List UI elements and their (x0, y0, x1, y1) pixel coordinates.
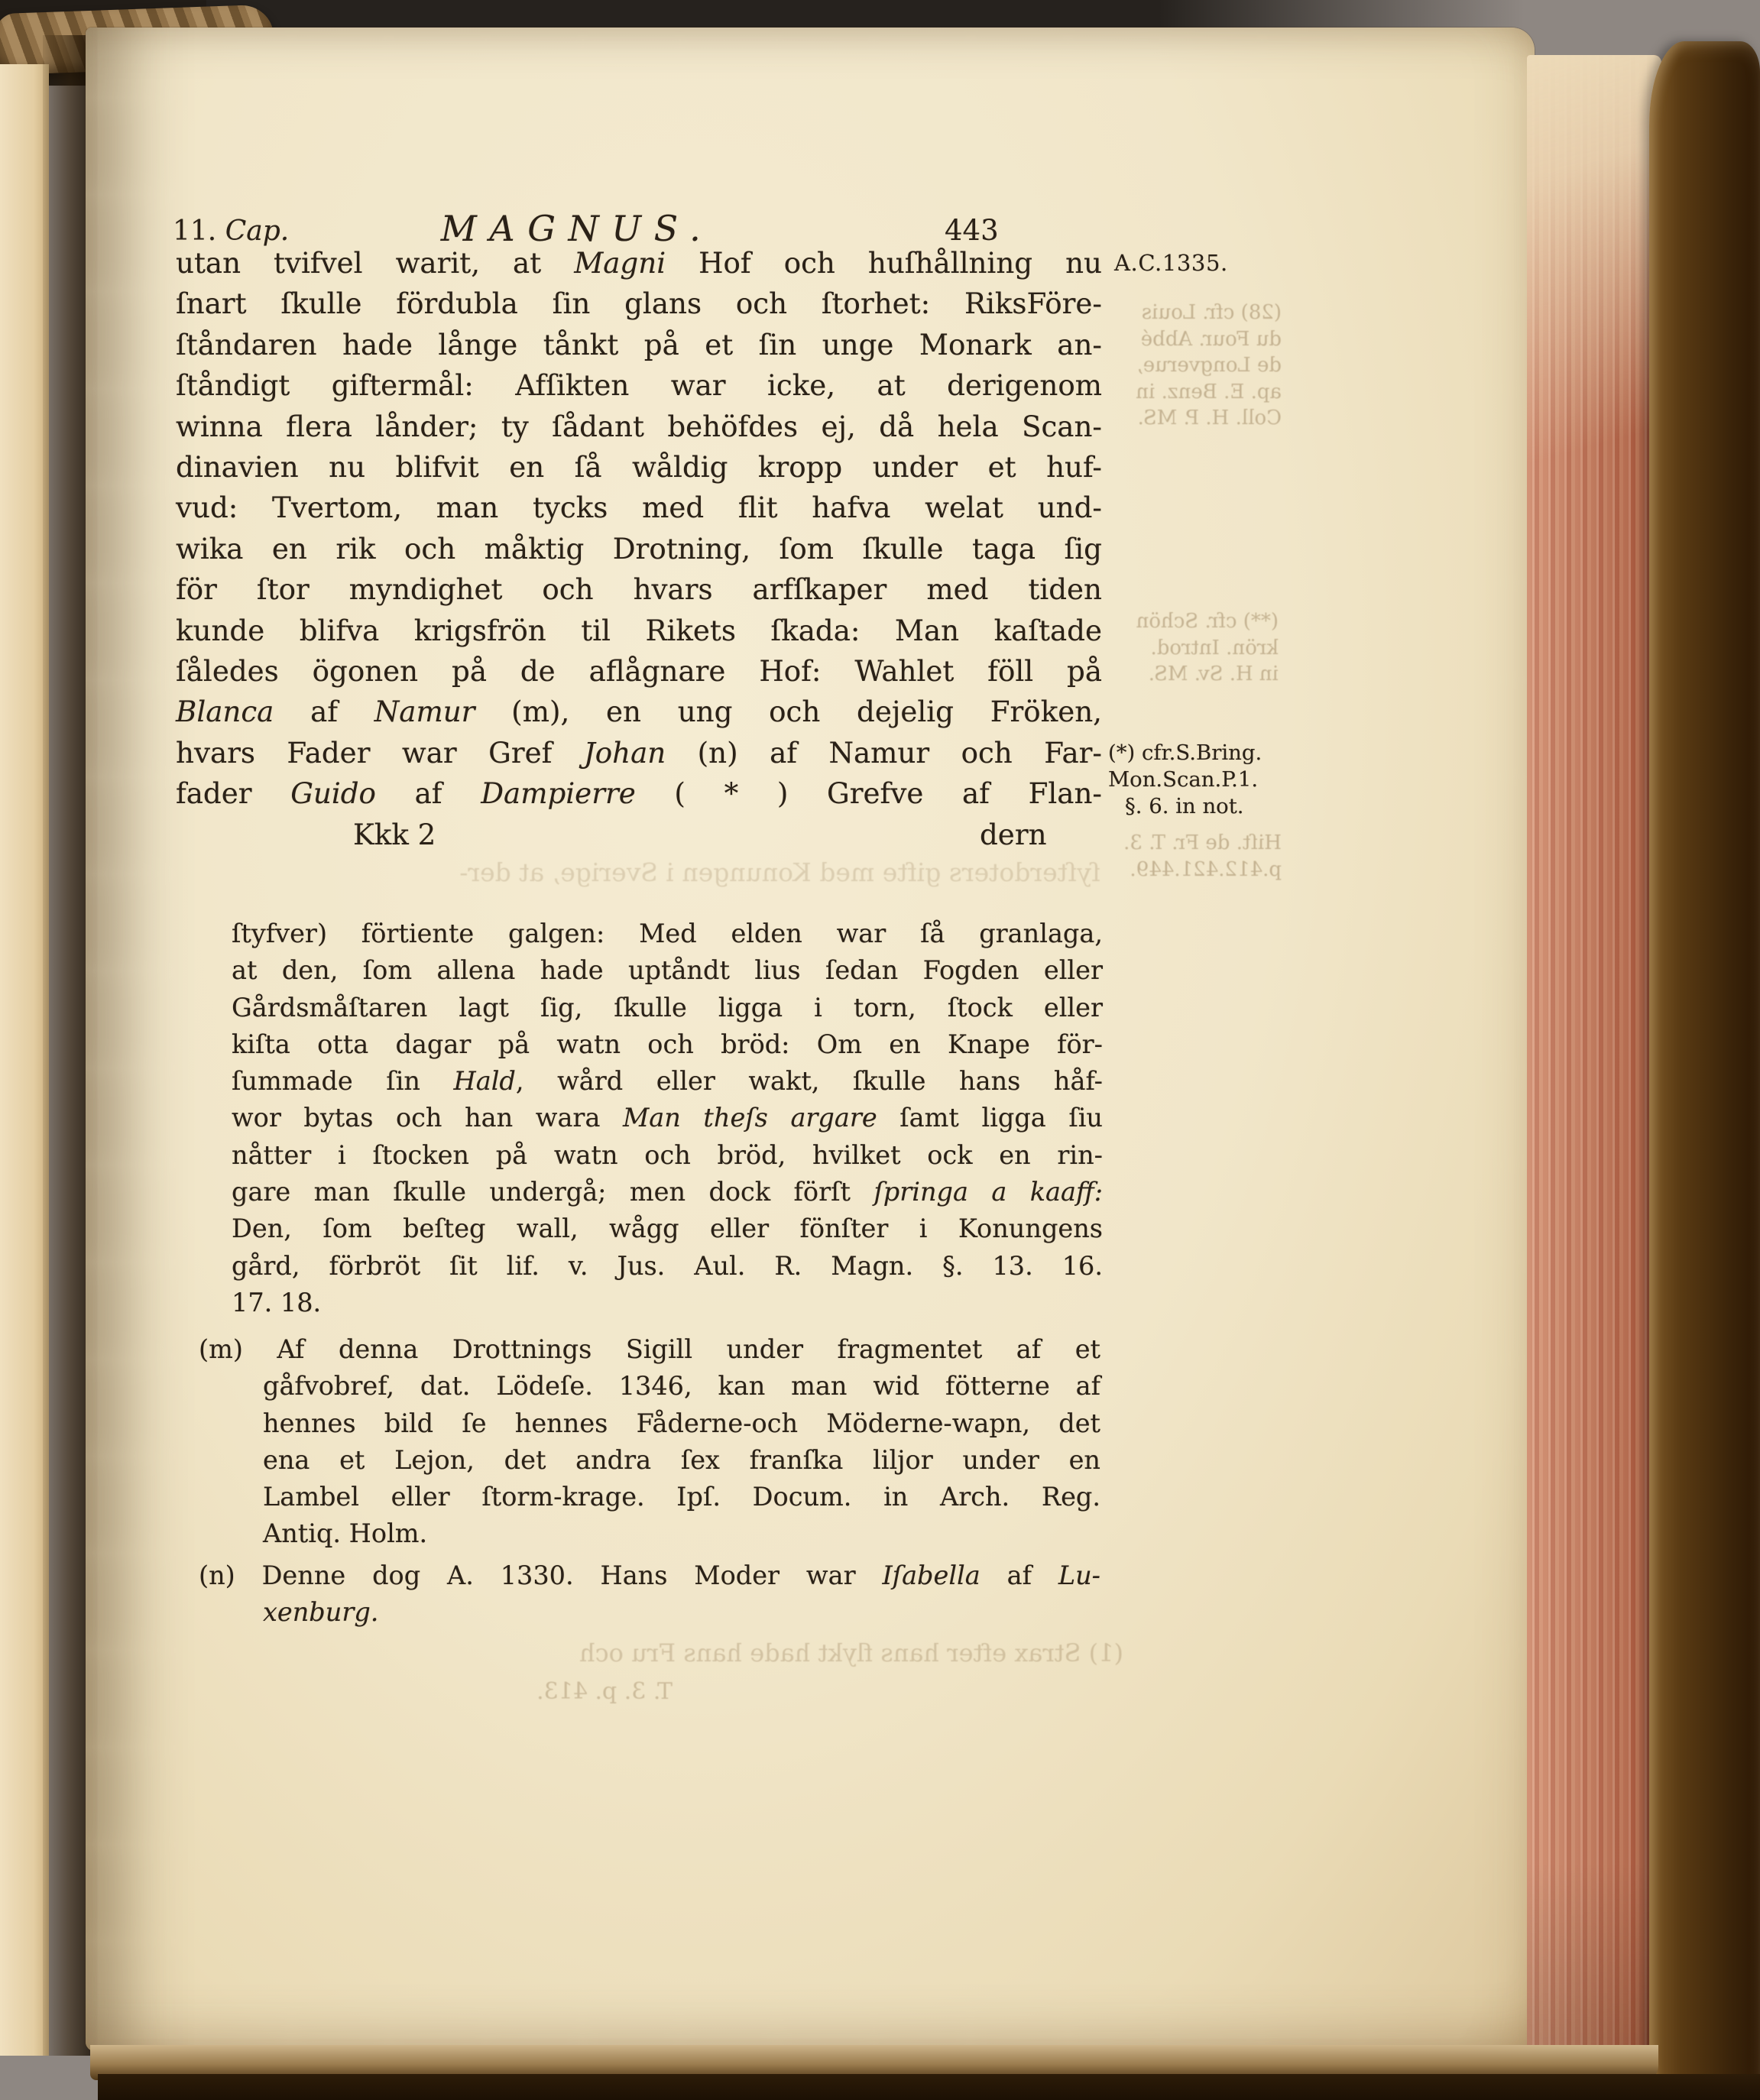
page-number: 443 (945, 214, 999, 247)
chapter-word: Cap. (225, 216, 290, 247)
margin-year-note: A.C.1335. (1114, 250, 1228, 276)
chapter-number: 11. (173, 216, 216, 247)
bleedthrough-body-line: ſyſterdoters gifte med Konungen i Sverig… (229, 854, 1100, 891)
body-paragraph: utan tvifvel warit, at Magni Hof och huſ… (176, 243, 1102, 815)
leather-cover-edge (1649, 41, 1760, 2100)
catchword: dern (980, 818, 1047, 851)
footnote-m: (m) Af denna Drottnings Sigill under fra… (199, 1331, 1100, 1553)
signature-row: Kkk 2 dern (176, 818, 1102, 859)
red-fore-edge (1527, 55, 1661, 2065)
previous-page-edge (0, 64, 49, 2056)
book-scan: (28) cfr. Louisdu Four. Abbéde Longverue… (0, 0, 1760, 2100)
gutter-shadow (43, 35, 92, 2056)
chapter-heading: 11. Cap. (173, 216, 289, 247)
bleedthrough-margin-note-1: (28) cfr. Louisdu Four. Abbéde Longverue… (1117, 300, 1282, 432)
margin-star-note: (*) cfr.S.Bring.Mon.Scan.P.1.§. 6. in no… (1108, 740, 1295, 820)
bleedthrough-margin-note-3: Hiſt. de Fr. T. 3.p.412.421.449. (1117, 830, 1282, 883)
bleedthrough-footnote-line: (1) Strax efter hans flykt hade hans Fru… (481, 1635, 1123, 1671)
footnote-n: (n) Denne dog A. 1330. Hans Moder war Iſ… (199, 1557, 1100, 1632)
bleedthrough-margin-note-2: (**) cfr. Schönkrön. Introd.in H. Sv. MS… (1107, 608, 1279, 688)
bleedthrough-page-ref: T. 3. p. 413. (428, 1678, 673, 1705)
printers-signature: Kkk 2 (353, 818, 436, 851)
cover-bottom-edge (98, 2074, 1760, 2100)
footnote-continuation: ſtyfver) förtiente galgen: Med elden war… (232, 916, 1103, 1321)
